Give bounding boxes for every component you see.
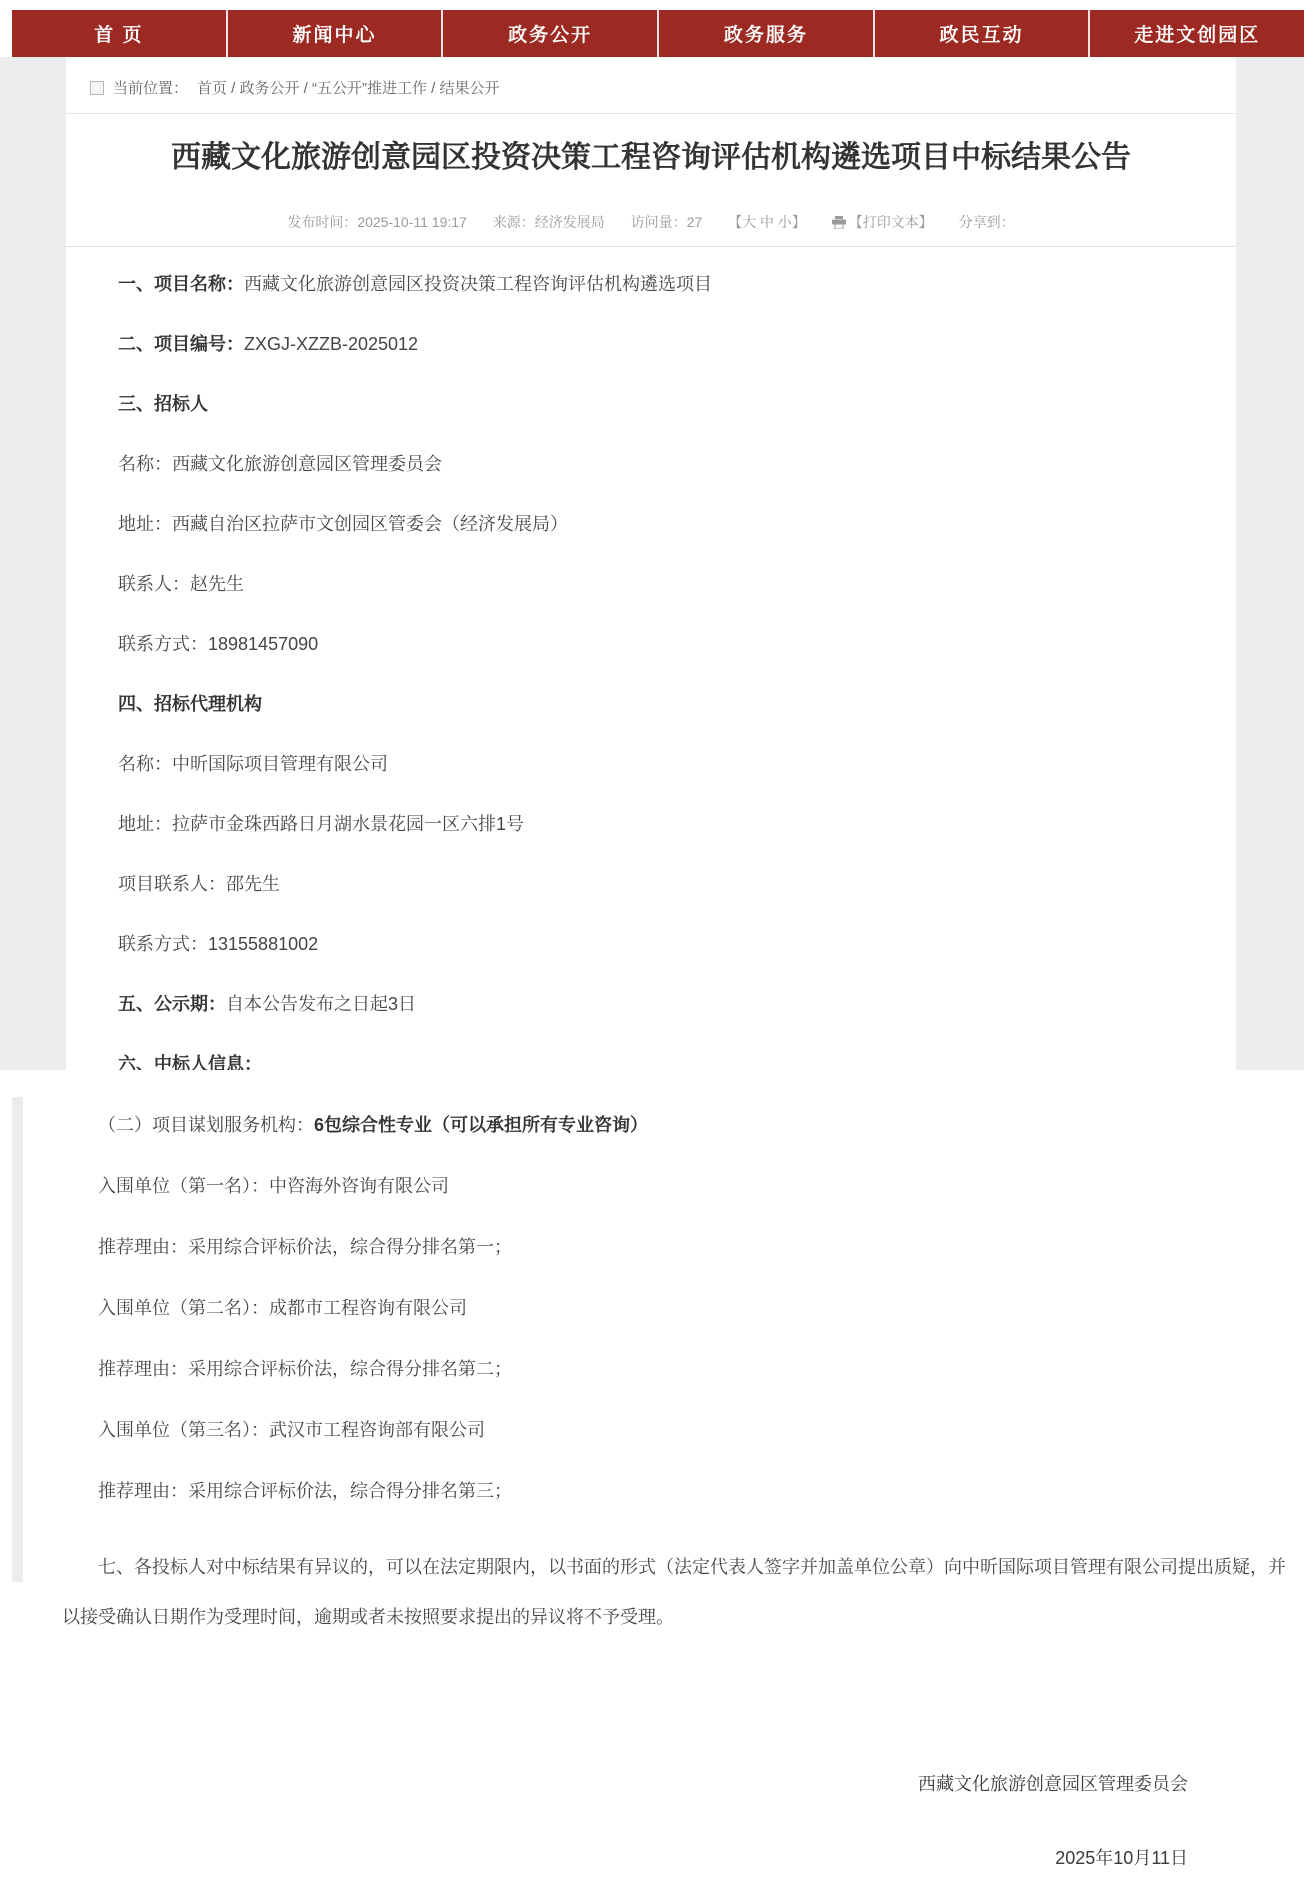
para-project-name: 一、项目名称：西藏文化旅游创意园区投资决策工程咨询评估机构遴选项目 (118, 274, 1196, 294)
para-agency-head: 四、招标代理机构 (118, 694, 1196, 714)
screenshot-seam (0, 1070, 1316, 1097)
print-button[interactable]: 【打印文本】 (832, 212, 933, 232)
page-bottom-segment: （二）项目谋划服务机构：6包综合性专业（可以承担所有专业咨询）入围单位（第一名）… (0, 1097, 1316, 1883)
footer-org: 西藏文化旅游创意园区管理委员会 (62, 1770, 1188, 1796)
para-winner-3: 入围单位（第三名）：武汉市工程咨询部有限公司 (62, 1420, 1292, 1440)
breadcrumb-path[interactable]: 首页 / 政务公开 / “五公开”推进工作 / 结果公开 (197, 77, 500, 98)
nav-item[interactable]: 首 页 (12, 10, 228, 57)
para-tenderer-head: 三、招标人 (118, 394, 1196, 414)
article-signature: 西藏文化旅游创意园区管理委员会 2025年10月11日 (62, 1770, 1292, 1870)
article-meta-bar: 发布时间：2025-10-11 19:17 来源：经济发展局 访问量：27 【大… (66, 212, 1236, 247)
para-tenderer-contact: 联系人：赵先生 (118, 574, 1196, 594)
breadcrumb-marker-icon (90, 81, 104, 95)
nav-item[interactable]: 走进文创园区 (1090, 10, 1304, 57)
para-reason-2: 推荐理由：采用综合评标价法，综合得分排名第二； (62, 1359, 1292, 1379)
para-winner-2: 入围单位（第二名）：成都市工程咨询有限公司 (62, 1298, 1292, 1318)
para-agency-contact: 项目联系人：邵先生 (118, 874, 1196, 894)
main-nav: 首 页新闻中心政务公开政务服务政民互动走进文创园区 (12, 10, 1304, 57)
article-body-part2: （二）项目谋划服务机构：6包综合性专业（可以承担所有专业咨询）入围单位（第一名）… (62, 1115, 1292, 1642)
para-tenderer-name: 名称：西藏文化旅游创意园区管理委员会 (118, 454, 1196, 474)
footer-date: 2025年10月11日 (62, 1844, 1188, 1870)
para-objection: 七、各投标人对中标结果有异议的，可以在法定期限内，以书面的形式（法定代表人签字并… (62, 1542, 1292, 1642)
header-band: 首 页新闻中心政务公开政务服务政民互动走进文创园区 (0, 0, 1304, 57)
para-winner-head: 六、中标人信息： (118, 1054, 1196, 1070)
page-title: 西藏文化旅游创意园区投资决策工程咨询评估机构遴选项目中标结果公告 (106, 138, 1196, 178)
page-top-segment: 首 页新闻中心政务公开政务服务政民互动走进文创园区 当前位置： 首页 / 政务公… (0, 0, 1304, 1070)
left-edge-strip (12, 1097, 23, 1582)
nav-item[interactable]: 政民互动 (875, 10, 1091, 57)
para-tenderer-phone: 联系方式：18981457090 (118, 634, 1196, 654)
para-tenderer-address: 地址：西藏自治区拉萨市文创园区管委会（经济发展局） (118, 514, 1196, 534)
para-winner-1: 入围单位（第一名）：中咨海外咨询有限公司 (62, 1176, 1292, 1196)
nav-item[interactable]: 新闻中心 (228, 10, 444, 57)
source: 来源：经济发展局 (493, 212, 605, 232)
nav-item[interactable]: 政务公开 (443, 10, 659, 57)
para-reason-1: 推荐理由：采用综合评标价法，综合得分排名第一； (62, 1237, 1292, 1257)
para-agency-address: 地址：拉萨市金珠西路日月湖水景花园一区六排1号 (118, 814, 1196, 834)
para-agency-name: 名称：中昕国际项目管理有限公司 (118, 754, 1196, 774)
font-size-control[interactable]: 【大 中 小】 (728, 212, 806, 232)
nav-item[interactable]: 政务服务 (659, 10, 875, 57)
breadcrumb: 当前位置： 首页 / 政务公开 / “五公开”推进工作 / 结果公开 (66, 57, 1236, 114)
publish-time: 发布时间：2025-10-11 19:17 (287, 212, 467, 232)
content-card: 当前位置： 首页 / 政务公开 / “五公开”推进工作 / 结果公开 西藏文化旅… (66, 57, 1236, 1070)
share-button[interactable]: 分享到： (959, 212, 1015, 232)
para-project-number: 二、项目编号：ZXGJ-XZZB-2025012 (118, 334, 1196, 354)
para-reason-3: 推荐理由：采用综合评标价法，综合得分排名第三； (62, 1481, 1292, 1501)
article-body-part1: 一、项目名称：西藏文化旅游创意园区投资决策工程咨询评估机构遴选项目二、项目编号：… (66, 247, 1236, 1070)
printer-icon (832, 216, 846, 229)
page-background: 当前位置： 首页 / 政务公开 / “五公开”推进工作 / 结果公开 西藏文化旅… (0, 57, 1304, 1070)
para-agency-phone: 联系方式：13155881002 (118, 934, 1196, 954)
para-publicity-period: 五、公示期：自本公告发布之日起3日 (118, 994, 1196, 1014)
para-package-6: （二）项目谋划服务机构：6包综合性专业（可以承担所有专业咨询） (62, 1115, 1292, 1135)
breadcrumb-label: 当前位置： (113, 77, 188, 98)
visit-count: 访问量：27 (631, 212, 703, 232)
